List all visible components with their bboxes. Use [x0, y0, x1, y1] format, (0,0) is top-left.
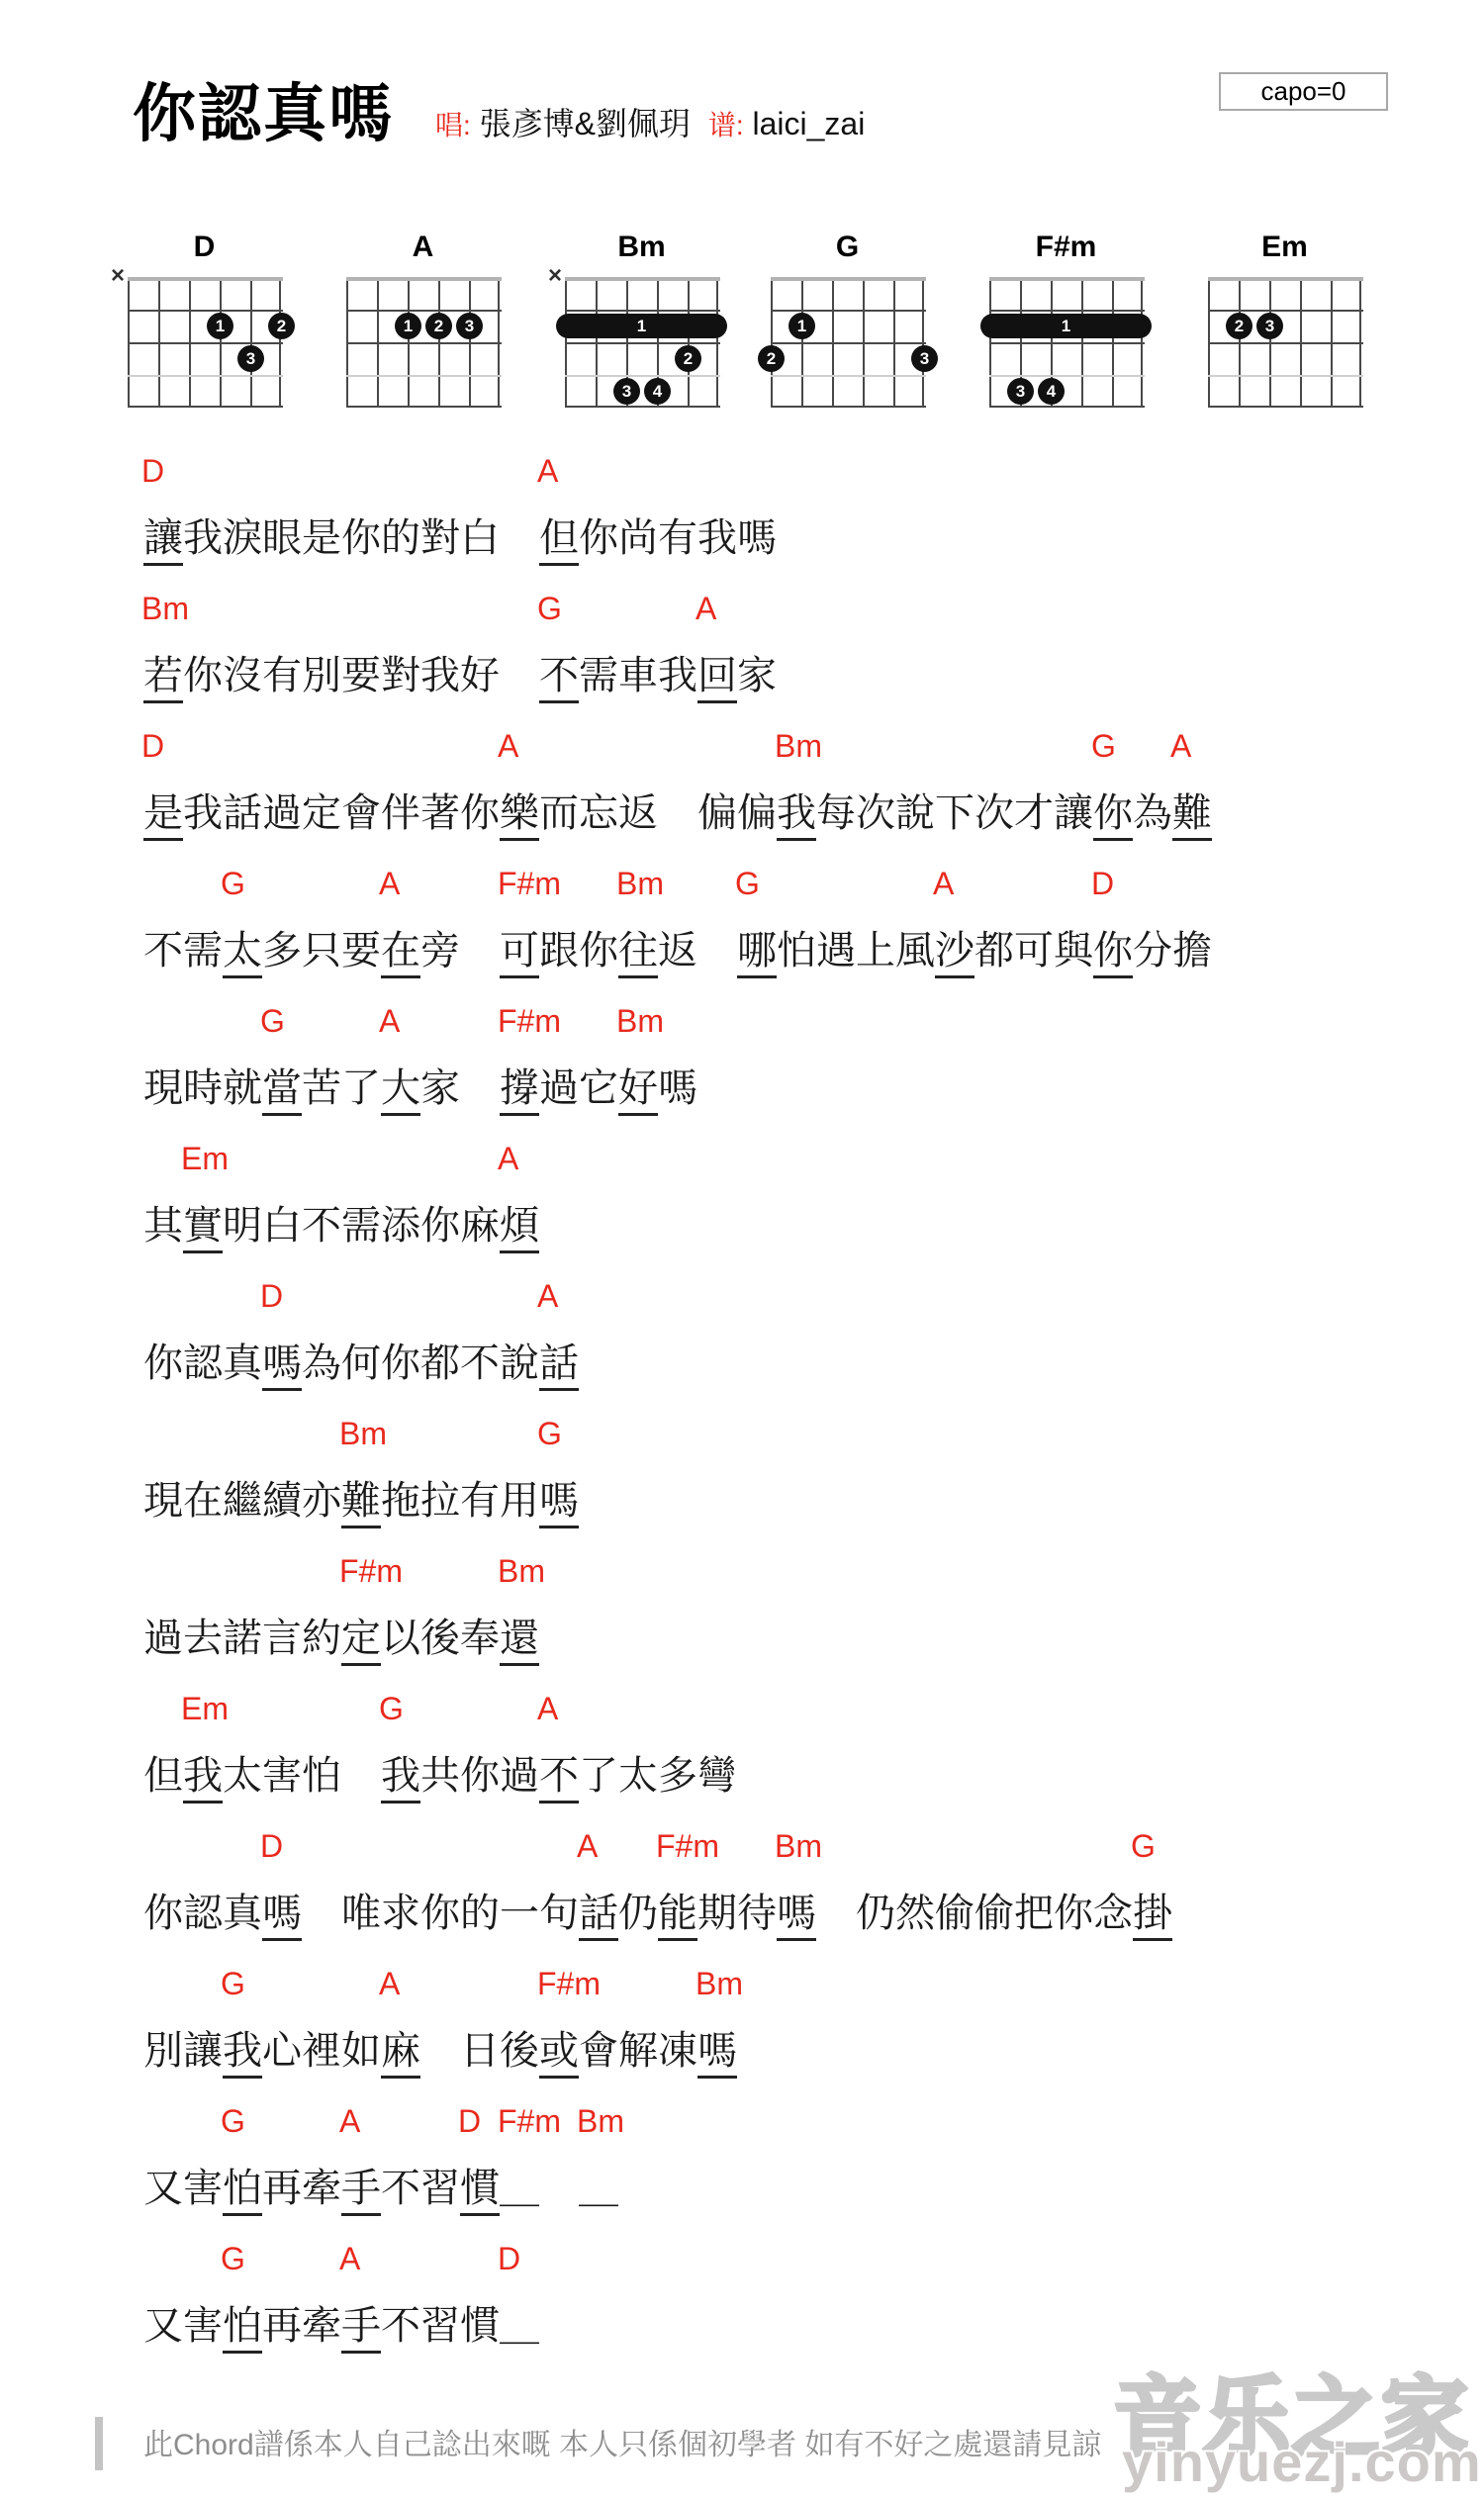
finger-dot: 2	[425, 313, 452, 339]
chord-mark-D: D	[260, 1828, 283, 1865]
lyric-text: 仍然偷偷把你念	[856, 1890, 1133, 1937]
underlined-lyric-char: 怕	[223, 2302, 262, 2354]
underlined-lyric-char: 我	[381, 1752, 420, 1804]
chord-mark-F#m: F#m	[498, 1003, 561, 1040]
lyric-text	[658, 789, 697, 837]
hold-underscore: ＿	[579, 2165, 618, 2212]
scribe-label: 谱:	[708, 110, 744, 140]
footer-note: 此Chord譜係本人自己諗出來嘅 本人只係個初學者 如有不好之處還請見諒	[143, 2420, 1101, 2463]
underlined-lyric-char: 好	[618, 1064, 658, 1116]
fret-line	[346, 375, 502, 377]
lyric-text: 其	[143, 1202, 183, 1249]
chord-mark-G: G	[221, 2241, 245, 2277]
lyric-text	[460, 927, 500, 974]
lyric-text: 過去諾言約	[143, 1615, 341, 1662]
lyric-text: 偏偏	[697, 789, 777, 837]
fret-line	[565, 406, 720, 408]
lyric-text: 不習慣	[381, 2302, 500, 2350]
finger-dot: 3	[911, 345, 938, 372]
underlined-lyric-char: 讓	[143, 514, 183, 566]
underlined-lyric-char: 不	[539, 1752, 579, 1804]
finger-dot: 4	[1038, 378, 1065, 405]
song-line: 你認真嗎 唯求你的一句話仍能期待嗎 仍然偷偷把你念掛DAF#mBmG	[0, 1822, 1484, 1960]
fret-line	[128, 375, 283, 377]
chord-mark-F#m: F#m	[656, 1828, 719, 1865]
lyric-line: 不需太多只要在旁 可跟你往返 哪怕遇上風沙都可與你分擔	[143, 927, 1212, 978]
chord-mark-A: A	[933, 866, 954, 902]
lyric-text	[302, 1890, 341, 1937]
underlined-lyric-char: 難	[1172, 789, 1212, 841]
lyric-line: 又害怕再牽手不習慣＿	[143, 2302, 539, 2354]
fret-line	[346, 310, 502, 312]
underlined-lyric-char: 我	[223, 2027, 262, 2079]
chord-mark-A: A	[537, 1278, 558, 1315]
underlined-lyric-char: 掛	[1133, 1890, 1172, 1941]
finger-dot: 2	[675, 345, 701, 372]
finger-dot: 3	[237, 345, 264, 372]
chord-mark-G: G	[537, 1416, 562, 1452]
chord-mark-Bm: Bm	[577, 2103, 624, 2140]
finger-dot: 4	[644, 378, 671, 405]
underlined-lyric-char: 當	[262, 1064, 302, 1116]
lyric-text	[460, 1064, 500, 1112]
fretboard-grid: ×123	[128, 277, 281, 408]
chord-mark-A: A	[379, 1966, 400, 2002]
chord-mark-A: A	[498, 728, 518, 765]
lyric-line: 別讓我心裡如麻 日後或會解凍嗎	[143, 2027, 737, 2079]
nut-line	[128, 277, 283, 281]
chord-mark-Bm: Bm	[141, 591, 189, 627]
fret-line	[771, 310, 926, 312]
lyric-line: 又害怕再牽手不習慣＿ ＿	[143, 2165, 618, 2216]
lyric-text: 多只要	[262, 927, 381, 974]
lyric-line: 若你沒有別要對我好 不需車我回家	[143, 652, 777, 703]
lyric-text: 過它	[539, 1064, 618, 1112]
singer-label: 唱:	[435, 110, 471, 140]
chord-sheet-page: 你認真嗎 唱: 張彥博&劉佩玥 谱: laici_zai capo=0 D×12…	[0, 0, 1484, 2499]
lyric-text: 心裡如	[262, 2027, 381, 2075]
chord-mark-Bm: Bm	[498, 1553, 545, 1590]
chord-mark-D: D	[458, 2103, 481, 2140]
singer-names: 張彥博&劉佩玥	[471, 106, 708, 141]
lyric-text: 而忘返	[539, 789, 658, 837]
lyric-text: 為何你都不說	[302, 1340, 539, 1387]
underlined-lyric-char: 但	[539, 514, 579, 566]
finger-dot: 1	[395, 313, 421, 339]
lyric-text: 但	[143, 1752, 183, 1800]
song-line: 現時就當苦了大家 撐過它好嗎GAF#mBm	[0, 997, 1484, 1135]
lyric-text: 不需	[143, 927, 223, 974]
lyric-text: 為	[1133, 789, 1172, 837]
nut-line	[346, 277, 502, 281]
chord-mark-G: G	[221, 1966, 245, 2002]
lyric-text: 返	[658, 927, 697, 974]
fret-line	[1208, 342, 1363, 344]
lyric-line: 讓我淚眼是你的對白 但你尚有我嗎	[143, 514, 777, 566]
finger-dot: 3	[456, 313, 483, 339]
underlined-lyric-char: 實	[183, 1202, 223, 1253]
underlined-lyric-char: 話	[579, 1890, 618, 1941]
barre-bar: 1	[556, 314, 727, 338]
fret-line	[771, 375, 926, 377]
underlined-lyric-char: 話	[539, 1340, 579, 1391]
muted-string-icon: ×	[548, 262, 562, 290]
lyric-text	[420, 2027, 460, 2075]
chord-diagram-label: Em	[1208, 231, 1361, 264]
fret-line	[128, 342, 283, 344]
fret-line	[989, 342, 1145, 344]
lyric-line: 但我太害怕 我共你過不了太多彎	[143, 1752, 737, 1804]
lyric-text: 現在繼續亦	[143, 1477, 341, 1525]
chord-diagram-label: Bm	[565, 231, 718, 264]
underlined-lyric-char: 或	[539, 2027, 579, 2079]
barre-bar: 1	[980, 314, 1152, 338]
chord-mark-G: G	[221, 866, 245, 902]
underlined-lyric-char: 定	[341, 1615, 381, 1666]
finger-dot: 3	[1007, 378, 1034, 405]
chord-diagram-label: D	[128, 231, 281, 264]
fret-line	[771, 342, 926, 344]
lyric-text: 再牽	[262, 2302, 341, 2350]
chord-mark-G: G	[537, 591, 562, 627]
chord-mark-F#m: F#m	[537, 1966, 601, 2002]
chord-mark-G: G	[735, 866, 760, 902]
lyric-text	[500, 652, 539, 699]
chord-mark-G: G	[1131, 1828, 1156, 1865]
chord-mark-D: D	[498, 2241, 520, 2277]
song-line: 讓我淚眼是你的對白 但你尚有我嗎DA	[0, 447, 1484, 585]
chord-mark-Bm: Bm	[696, 1966, 743, 2002]
lyric-text: 日後	[460, 2027, 539, 2075]
chord-mark-Bm: Bm	[775, 1828, 822, 1865]
fretboard-grid: 23	[1208, 277, 1361, 408]
hold-underscore: ＿	[500, 2302, 539, 2350]
lyric-text: 苦了	[302, 1064, 381, 1112]
finger-dot: 1	[207, 313, 233, 339]
underlined-lyric-char: 嗎	[539, 1477, 579, 1528]
underlined-lyric-char: 嗎	[777, 1890, 816, 1941]
scribe-name: laici_zai	[744, 106, 866, 141]
fret-line	[1208, 310, 1363, 312]
footer-accent-bar	[95, 2417, 103, 2470]
lyric-text: 又害	[143, 2165, 223, 2212]
chord-mark-Em: Em	[181, 1691, 229, 1727]
underlined-lyric-char: 在	[381, 927, 420, 978]
underlined-lyric-char: 不	[539, 652, 579, 703]
lyric-text: 以後奉	[381, 1615, 500, 1662]
underlined-lyric-char: 難	[341, 1477, 381, 1528]
lyric-line: 你認真嗎 唯求你的一句話仍能期待嗎 仍然偷偷把你念掛	[143, 1890, 1172, 1941]
lyric-text: 怕遇上風	[777, 927, 935, 974]
fret-line	[346, 342, 502, 344]
underlined-lyric-char: 麻	[381, 2027, 420, 2079]
lyric-text: 拖拉有用	[381, 1477, 539, 1525]
chord-mark-A: A	[379, 1003, 400, 1040]
chord-mark-G: G	[1091, 728, 1116, 765]
muted-string-icon: ×	[111, 262, 125, 290]
lyric-text	[697, 927, 737, 974]
chord-mark-G: G	[221, 2103, 245, 2140]
song-line: 其實明白不需添你麻煩EmA	[0, 1135, 1484, 1272]
lyric-line: 現時就當苦了大家 撐過它好嗎	[143, 1064, 697, 1116]
underlined-lyric-char: 可	[500, 927, 539, 978]
lyric-text: 分擔	[1133, 927, 1212, 974]
chord-mark-A: A	[1170, 728, 1191, 765]
underlined-lyric-char: 大	[381, 1064, 420, 1116]
chord-mark-A: A	[577, 1828, 598, 1865]
finger-dot: 1	[788, 313, 815, 339]
song-line: 若你沒有別要對我好 不需車我回家BmGA	[0, 585, 1484, 722]
chord-diagram-label: G	[771, 231, 924, 264]
chord-mark-Bm: Bm	[339, 1416, 387, 1452]
capo-box: capo=0	[1219, 72, 1388, 111]
song-line: 是我話過定會伴著你樂而忘返 偏偏我每次說下次才讓你為難DABmGA	[0, 722, 1484, 860]
underlined-lyric-char: 我	[777, 789, 816, 841]
lyric-text	[341, 1752, 381, 1800]
lyric-text: 你認真	[143, 1340, 262, 1387]
underlined-lyric-char: 太	[223, 927, 262, 978]
underlined-lyric-char: 嗎	[697, 2027, 737, 2079]
lyric-text: 你認真	[143, 1890, 262, 1937]
fret-line	[989, 406, 1145, 408]
lyric-text: 嗎	[658, 1064, 697, 1112]
fret-line	[128, 406, 283, 408]
nut-line	[565, 277, 720, 281]
underlined-lyric-char: 回	[697, 652, 737, 703]
underlined-lyric-char: 能	[658, 1890, 697, 1941]
chord-mark-A: A	[696, 591, 716, 627]
fret-line	[565, 310, 720, 312]
underlined-lyric-char: 煩	[500, 1202, 539, 1253]
watermark-site: yinyuezj.com	[1122, 2430, 1482, 2494]
nut-line	[771, 277, 926, 281]
chord-mark-A: A	[339, 2241, 360, 2277]
fretboard-grid: 123	[346, 277, 500, 408]
chord-mark-D: D	[260, 1278, 283, 1315]
lyric-text: 每次說下次才讓	[816, 789, 1093, 837]
fret-line	[565, 375, 720, 377]
lyric-text: 仍	[618, 1890, 658, 1937]
lyric-text: 再牽	[262, 2165, 341, 2212]
lyric-text: 旁	[420, 927, 460, 974]
chord-mark-F#m: F#m	[498, 2103, 561, 2140]
finger-dot: 2	[758, 345, 785, 372]
lyric-text: 太害怕	[223, 1752, 341, 1800]
song-line: 但我太害怕 我共你過不了太多彎EmGA	[0, 1685, 1484, 1822]
credits: 唱: 張彥博&劉佩玥 谱: laici_zai	[435, 99, 865, 144]
lyric-line: 是我話過定會伴著你樂而忘返 偏偏我每次說下次才讓你為難	[143, 789, 1212, 841]
hold-underscore: ＿	[500, 2165, 539, 2212]
lyric-text: 你尚有我嗎	[579, 514, 777, 562]
underlined-lyric-char: 手	[341, 2302, 381, 2354]
chord-mark-D: D	[1091, 866, 1114, 902]
underlined-lyric-char: 撐	[500, 1064, 539, 1116]
song-line: 又害怕再牽手不習慣＿ ＿GADF#mBm	[0, 2097, 1484, 2235]
chord-mark-F#m: F#m	[498, 866, 561, 902]
lyric-text: 會解凍	[579, 2027, 697, 2075]
lyric-text	[500, 514, 539, 562]
chord-mark-A: A	[339, 2103, 360, 2140]
chord-mark-A: A	[537, 1691, 558, 1727]
lyric-line: 現在繼續亦難拖拉有用嗎	[143, 1477, 579, 1528]
underlined-lyric-char: 你	[1093, 927, 1133, 978]
song-title: 你認真嗎	[133, 63, 394, 154]
chord-mark-A: A	[379, 866, 400, 902]
chord-diagram-label: F#m	[989, 231, 1143, 264]
lyric-text: 跟你	[539, 927, 618, 974]
underlined-lyric-char: 怕	[223, 2165, 262, 2216]
lyric-text: 現時就	[143, 1064, 262, 1112]
lyric-text: 你沒有別要對我好	[183, 652, 500, 699]
lyric-text: 家	[737, 652, 777, 699]
song-line: 現在繼續亦難拖拉有用嗎BmG	[0, 1410, 1484, 1547]
lyric-text: 明白不需添你麻	[223, 1202, 500, 1249]
fret-line	[346, 406, 502, 408]
underlined-lyric-char: 還	[500, 1615, 539, 1666]
lyric-text: 需車我	[579, 652, 697, 699]
lyric-text: 共你過	[420, 1752, 539, 1800]
fret-line	[1208, 375, 1363, 377]
chord-mark-A: A	[498, 1141, 518, 1177]
underlined-lyric-char: 哪	[737, 927, 777, 978]
chord-mark-Em: Em	[181, 1141, 229, 1177]
underlined-lyric-char: 我	[183, 1752, 223, 1804]
lyric-text	[539, 2165, 579, 2212]
finger-dot: 2	[268, 313, 295, 339]
nut-line	[1208, 277, 1363, 281]
underlined-lyric-char: 慣	[460, 2165, 500, 2216]
fret-line	[989, 375, 1145, 377]
fret-line	[565, 342, 720, 344]
lyric-line: 其實明白不需添你麻煩	[143, 1202, 539, 1253]
fret-line	[771, 406, 926, 408]
underlined-lyric-char: 嗎	[262, 1890, 302, 1941]
chord-diagram-label: A	[346, 231, 500, 264]
lyric-text: 了太多彎	[579, 1752, 737, 1800]
lyric-text: 我話過定會伴著你	[183, 789, 500, 837]
underlined-lyric-char: 手	[341, 2165, 381, 2216]
underlined-lyric-char: 若	[143, 652, 183, 703]
chord-mark-A: A	[537, 453, 558, 490]
underlined-lyric-char: 是	[143, 789, 183, 841]
chord-mark-Bm: Bm	[775, 728, 822, 765]
fret-line	[989, 310, 1145, 312]
fretboard-grid: 123	[771, 277, 924, 408]
lyric-text: 又害	[143, 2302, 223, 2350]
finger-dot: 3	[1256, 313, 1283, 339]
chord-mark-D: D	[141, 453, 164, 490]
finger-dot: 2	[1226, 313, 1252, 339]
underlined-lyric-char: 你	[1093, 789, 1133, 841]
lyric-text: 期待	[697, 1890, 777, 1937]
lyric-text: 別讓	[143, 2027, 223, 2075]
song-line: 不需太多只要在旁 可跟你往返 哪怕遇上風沙都可與你分擔GAF#mBmGAD	[0, 860, 1484, 997]
song-line: 過去諾言約定以後奉還F#mBm	[0, 1547, 1484, 1685]
nut-line	[989, 277, 1145, 281]
lyric-text: 家	[420, 1064, 460, 1112]
fretboard-grid: 134	[989, 277, 1143, 408]
chord-mark-G: G	[260, 1003, 285, 1040]
fret-line	[128, 310, 283, 312]
chord-mark-Bm: Bm	[616, 866, 664, 902]
lyric-text: 都可與	[974, 927, 1093, 974]
chord-mark-F#m: F#m	[339, 1553, 403, 1590]
underlined-lyric-char: 樂	[500, 789, 539, 841]
underlined-lyric-char: 嗎	[262, 1340, 302, 1391]
lyric-text: 唯求你的一句	[341, 1890, 579, 1937]
underlined-lyric-char: 沙	[935, 927, 974, 978]
song-line: 別讓我心裡如麻 日後或會解凍嗎GAF#mBm	[0, 1960, 1484, 2097]
finger-dot: 3	[613, 378, 640, 405]
chord-mark-G: G	[379, 1691, 404, 1727]
lyric-line: 你認真嗎為何你都不說話	[143, 1340, 579, 1391]
fret-line	[1208, 406, 1363, 408]
song-line: 你認真嗎為何你都不說話DA	[0, 1272, 1484, 1410]
fretboard-grid: ×1234	[565, 277, 718, 408]
lyric-text	[816, 1890, 856, 1937]
lyric-text: 不習	[381, 2165, 460, 2212]
lyric-text: 我淚眼是你的對白	[183, 514, 500, 562]
chord-mark-D: D	[141, 728, 164, 765]
lyric-line: 過去諾言約定以後奉還	[143, 1615, 539, 1666]
underlined-lyric-char: 往	[618, 927, 658, 978]
chord-mark-Bm: Bm	[616, 1003, 664, 1040]
